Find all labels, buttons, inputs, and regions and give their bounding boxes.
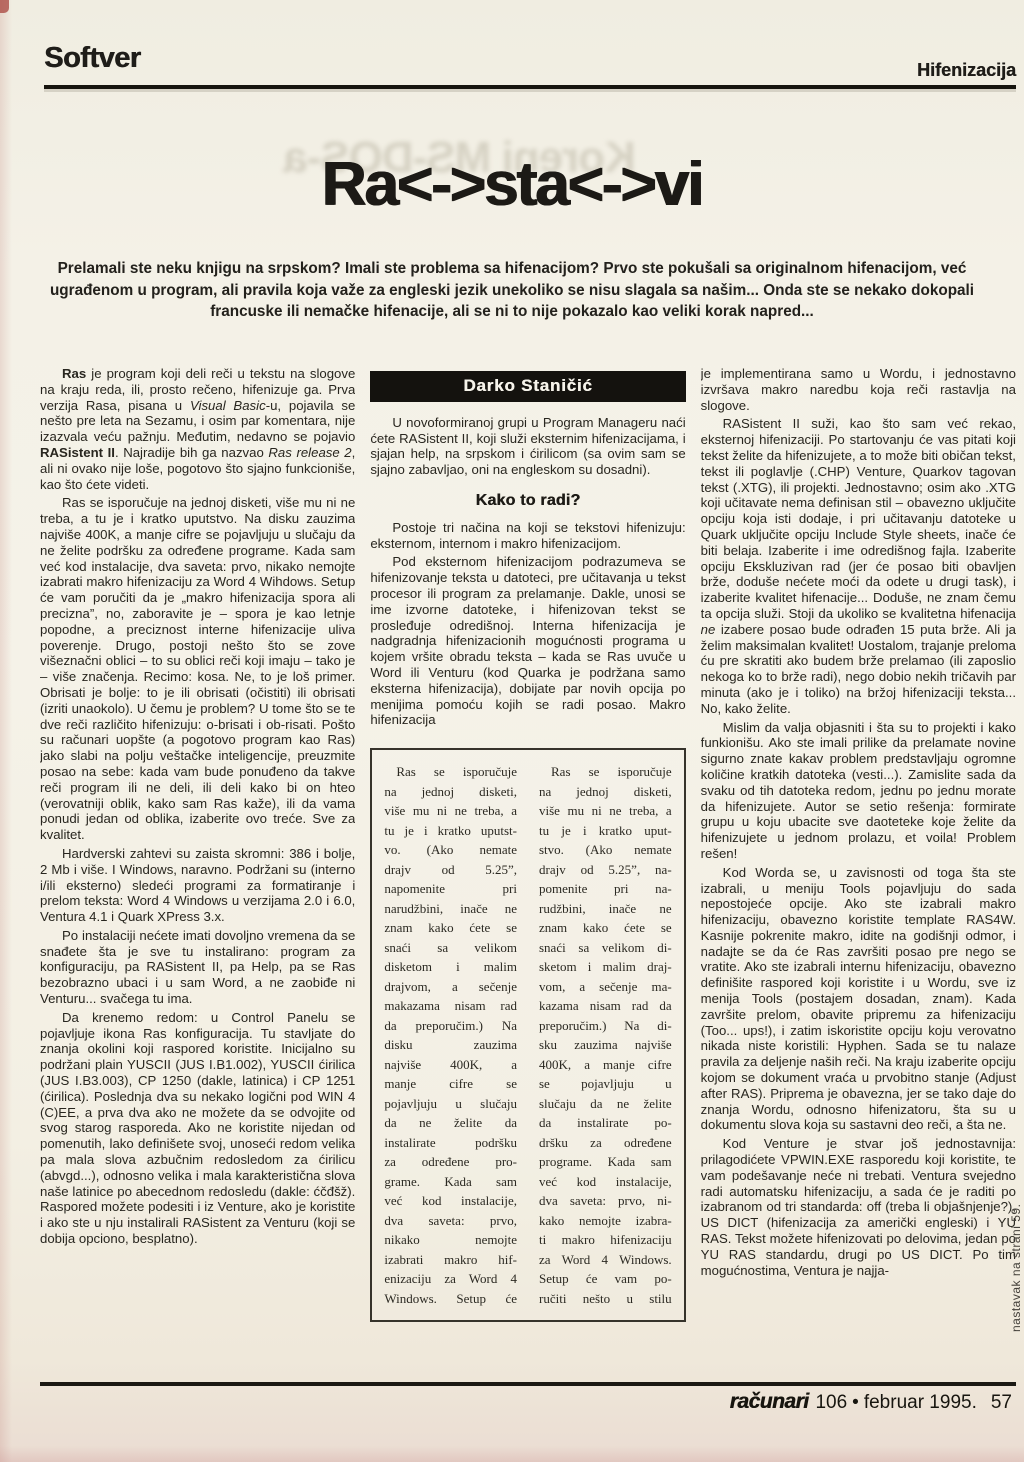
demo-line: na jednoj disketi, [384,782,517,802]
demo-line: snaći sa velikom [384,938,517,958]
demo-line: kazama nisam rad da [539,996,672,1016]
demo-line: drajv od 5.25”, na- [539,860,672,880]
demo-line: da preporučim.) Na [384,1016,517,1036]
demo-line: nikako nemojte [384,1230,517,1250]
author-bar: Darko Staničić [370,371,685,402]
article-body: Ras je program koji deli reči u tekstu n… [40,366,1016,1380]
demo-line: manje cifre se [384,1074,517,1094]
magazine-page: { "page": { "section": "Softver", "categ… [0,0,1024,1462]
demo-line: preporučim.) Na di- [539,1016,672,1036]
demo-line: slučaju da ne želite [539,1094,672,1114]
demo-line: za Word 4 Windows. [539,1250,672,1270]
demo-line: Ras se isporučuje [384,762,517,782]
body-paragraph: Mislim da valja objasniti i šta su to pr… [701,720,1016,862]
demo-line: tu je i kratko uput- [539,821,672,841]
body-paragraph: Pod eksternom hifenizacijom podrazumeva … [370,554,685,728]
demo-column-unhyphenated: Ras se isporučujena jednoj disketi,više … [384,762,517,1310]
demo-line: narudžbini, inače ne [384,899,517,919]
demo-line: napomenite pri [384,879,517,899]
demo-line: dršku za određene [539,1133,672,1153]
corner-ink-mark [0,0,9,13]
issue-date: februar 1995. [864,1392,977,1413]
demo-line: znam kako ćete se [539,918,672,938]
demo-line: ručiti nešto u stilu [539,1289,672,1309]
demo-line: Windows. Setup će [384,1289,517,1309]
demo-line: vom, a sečenje ma- [539,977,672,997]
demo-line: enizaciju za Word 4 [384,1269,517,1289]
demo-line: dva saveta: prvo, ni- [539,1191,672,1211]
demo-line: izabrati makro hif- [384,1250,517,1270]
issue-number: 106 [815,1392,847,1413]
demo-line: drajvom, a sečenje [384,977,517,997]
demo-line: na jednoj disketi, [539,782,672,802]
category-label: Hifenizacija [917,60,1016,81]
demo-line: već kod instalacije, [539,1172,672,1192]
continuation-note: nastavak na strani 59. [1009,1140,1023,1396]
body-paragraph: Ras je program koji deli reči u tekstu n… [40,366,355,492]
demo-line: rudžbini, inače ne [539,899,672,919]
body-paragraph: Postoje tri načina na koji se tekstovi h… [370,520,685,552]
demo-line: instalirate podršku [384,1133,517,1153]
demo-line: stvo. (Ako nemate [539,840,672,860]
demo-line: sketom i malim draj- [539,957,672,977]
demo-line: ti makro hifenizaciju [539,1230,672,1250]
demo-line: drajv od 5.25”, [384,860,517,880]
demo-line: grame. Kada sam [384,1172,517,1192]
body-paragraph: Po instalaciji nećete imati dovoljno vre… [40,928,355,1007]
section-heading: Kako to radi? [370,493,685,509]
demo-line: najviše 400K, a [384,1055,517,1075]
demo-line: za određene pro- [384,1152,517,1172]
body-paragraph: je implementirana samo u Wordu, i jednos… [701,366,1016,413]
section-label: Softver [44,42,140,75]
header-rule [44,85,1016,89]
scan-edge-tint-bottom [0,1446,1024,1462]
body-paragraph: Ras se isporučuje na jednoj disketi, viš… [40,495,355,843]
footer-bullet-icon: • [852,1392,859,1413]
footer-rule [40,1382,1016,1386]
body-paragraph: U novoformiranoj grupi u Program Manager… [370,415,685,478]
demo-line: se pojavljuju u [539,1074,672,1094]
demo-line: da instalirate po- [539,1113,672,1133]
article-lead: Prelamali ste neku knjigu na srpskom? Im… [36,258,988,323]
body-paragraph: RASistent II suži, kao što sam već rekao… [701,416,1016,716]
footer: računari106•februar 1995.57 [730,1390,1012,1414]
demo-line: disku zauzima [384,1035,517,1055]
column-left: Ras je program koji deli reči u tekstu n… [40,366,355,1380]
article-title: Ra<->sta<->vi [0,149,1024,220]
hyphenation-demo-box: Ras se isporučujena jednoj disketi,više … [370,748,685,1322]
demo-line: pomenite pri na- [539,879,672,899]
demo-line: već kod instalacije, [384,1191,517,1211]
demo-column-hyphenated: Ras se isporučujena jednoj disketi,više … [539,762,672,1310]
demo-line: Setup će vam po- [539,1269,672,1289]
body-paragraph: Kod Venture je stvar još jednostavnija: … [701,1136,1016,1278]
demo-line: pojavljuju u slučaju [384,1094,517,1114]
demo-line: više mu ni ne treba, a [384,801,517,821]
demo-line: disketom i malim [384,957,517,977]
body-paragraph: Kod Worda se, u zavisnosti od toga šta s… [701,865,1016,1134]
demo-line: Ras se isporučuje [539,762,672,782]
demo-line: da ne želite da [384,1113,517,1133]
magazine-logo: računari [730,1390,809,1413]
demo-line: sku zauzima najviše [539,1035,672,1055]
demo-line: snaći sa velikom di- [539,938,672,958]
demo-line: dva saveta: prvo, [384,1211,517,1231]
demo-line: tu je i kratko uputst- [384,821,517,841]
column-right: je implementirana samo u Wordu, i jednos… [701,366,1016,1380]
demo-line: vo. (Ako nemate [384,840,517,860]
demo-line: 400K, a manje cifre [539,1055,672,1075]
demo-line: makazama nisam rad [384,996,517,1016]
demo-line: više mu ni ne treba, a [539,801,672,821]
body-paragraph: Da krenemo redom: u Control Panelu se po… [40,1010,355,1247]
body-paragraph: Hardverski zahtevi su zaista skromni: 38… [40,846,355,925]
demo-line: znam kako ćete se [384,918,517,938]
demo-line: kako nemojte izabra- [539,1211,672,1231]
column-middle: Darko StaničićU novoformiranoj grupi u P… [370,366,685,1380]
demo-line: programe. Kada sam [539,1152,672,1172]
